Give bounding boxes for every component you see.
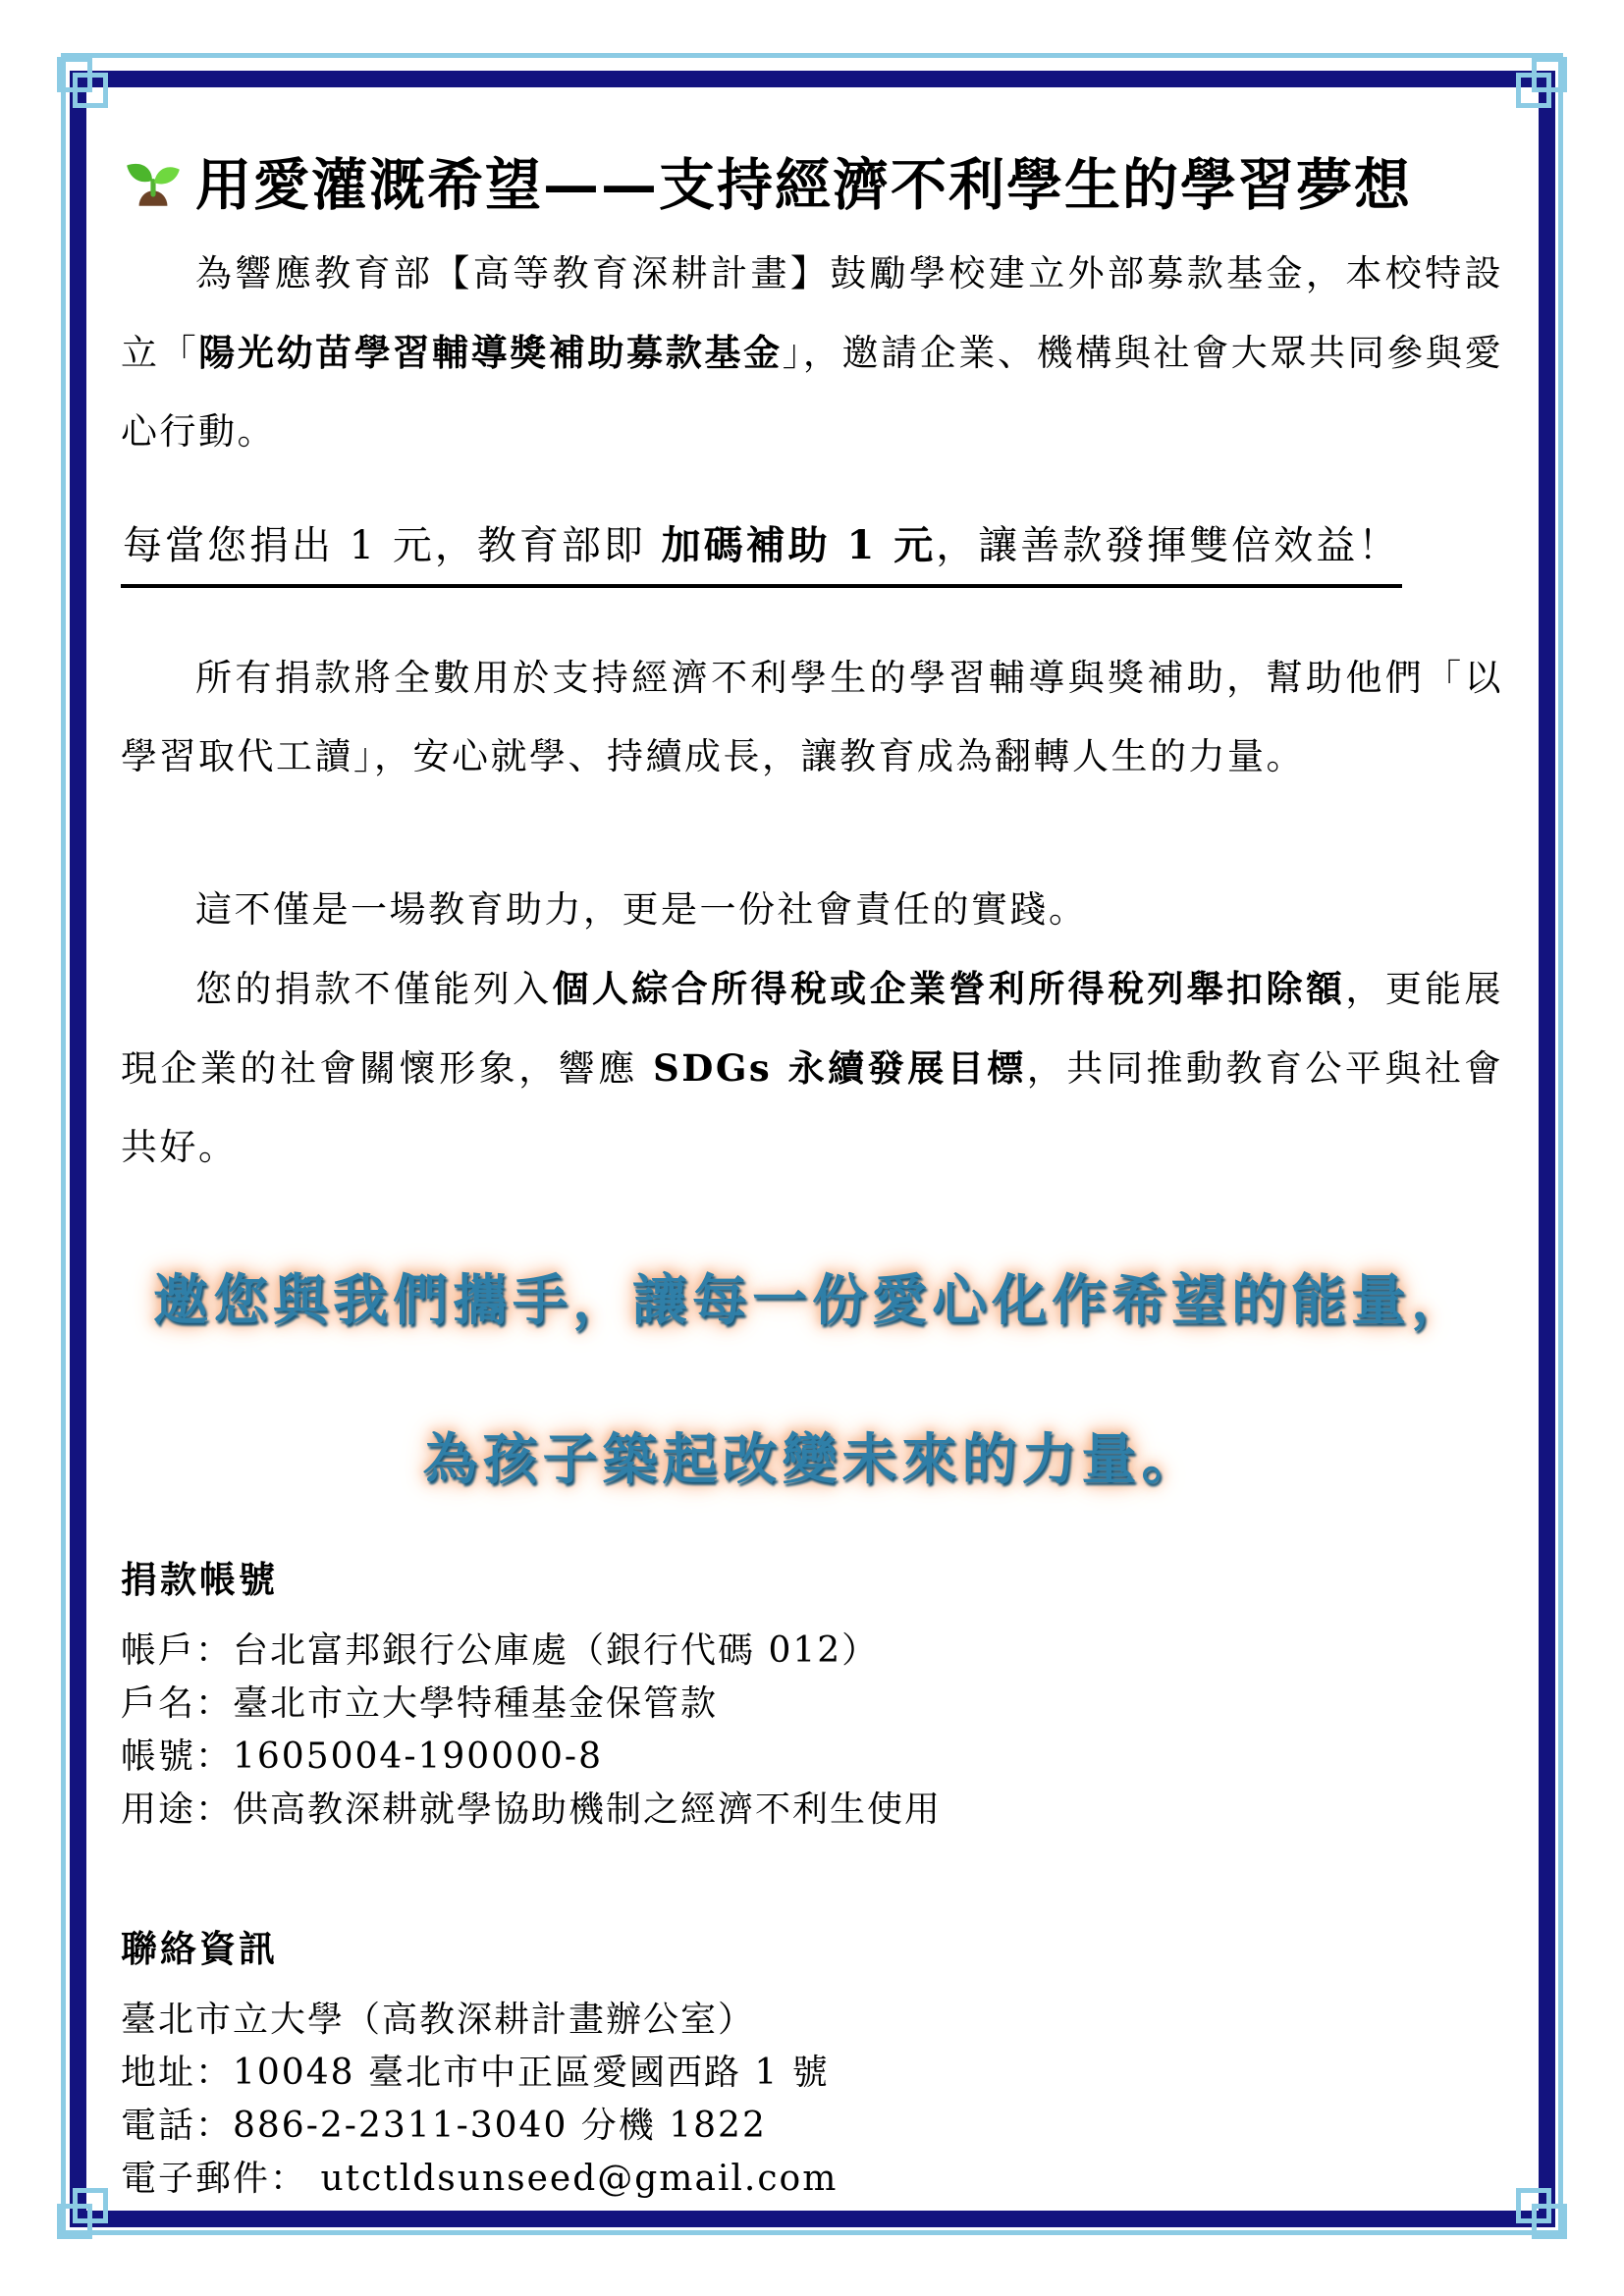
contact-info-block: 臺北市立大學（高教深耕計畫辦公室） 地址：10048 臺北市中正區愛國西路 1 … <box>121 1994 1503 2206</box>
sdgs-bold: SDGs 永續發展目標 <box>653 1046 1027 1090</box>
usage-paragraph: 所有捐款將全數用於支持經濟不利學生的學習輔導與獎補助，幫助他們「以學習取代工讀」… <box>121 639 1503 796</box>
purpose-line: 用途：供高教深耕就學協助機制之經濟不利生使用 <box>121 1784 1503 1837</box>
wordart-line-1: 邀您與我們攜手，讓每一份愛心化作希望的能量， <box>121 1257 1503 1336</box>
email-line: 電子郵件： utctldsunseed@gmail.com <box>121 2153 1503 2206</box>
fund-name-bold: 陽光幼苗學習輔導獎補助募款基金 <box>198 331 782 374</box>
responsibility-paragraph: 這不僅是一場教育助力，更是一份社會責任的實踐。 <box>121 871 1503 949</box>
donation-heading: 捐款帳號 <box>121 1550 1503 1603</box>
donation-account-block: 帳戶：台北富邦銀行公庫處（銀行代碼 012） 戶名：臺北市立大學特種基金保管款 … <box>121 1625 1503 1837</box>
contact-heading: 聯絡資訊 <box>121 1919 1503 1972</box>
phone-line: 電話：886-2-2311-3040 分機 1822 <box>121 2100 1503 2153</box>
intro-paragraph: 為響應教育部【高等教育深耕計畫】鼓勵學校建立外部募款基金，本校特設立「陽光幼苗學… <box>121 235 1503 471</box>
account-name-line: 戶名：臺北市立大學特種基金保管款 <box>121 1678 1503 1731</box>
seedling-icon <box>121 148 186 213</box>
document-body: 用愛灌溉希望——支持經濟不利學生的學習夢想 為響應教育部【高等教育深耕計畫】鼓勵… <box>93 93 1531 2203</box>
title-row: 用愛灌溉希望——支持經濟不利學生的學習夢想 <box>121 140 1503 221</box>
organization-line: 臺北市立大學（高教深耕計畫辦公室） <box>121 1994 1503 2047</box>
matching-pledge-underlined: 每當您捐出 1 元，教育部即 加碼補助 1 元，讓善款發揮雙倍效益！ <box>121 514 1402 588</box>
account-number-line: 帳號：1605004-190000-8 <box>121 1731 1503 1784</box>
tax-benefit-paragraph: 您的捐款不僅能列入個人綜合所得稅或企業營利所得稅列舉扣除額，更能展現企業的社會關… <box>121 949 1503 1187</box>
page-title: 用愛灌溉希望——支持經濟不利學生的學習夢想 <box>195 140 1412 221</box>
tax-deduction-bold: 個人綜合所得稅或企業營利所得稅列舉扣除額 <box>553 967 1346 1010</box>
pledge-text: ，讓善款發揮雙倍效益！ <box>936 523 1400 568</box>
bank-account-line: 帳戶：台北富邦銀行公庫處（銀行代碼 012） <box>121 1625 1503 1678</box>
pledge-bold-text: 加碼補助 1 元 <box>662 522 937 568</box>
wordart-line-2: 為孩子築起改變未來的力量。 <box>121 1416 1503 1495</box>
tax-text: 您的捐款不僅能列入 <box>195 968 553 1010</box>
address-line: 地址：10048 臺北市中正區愛國西路 1 號 <box>121 2047 1503 2100</box>
pledge-text: 每當您捐出 1 元，教育部即 <box>123 523 662 568</box>
usage-text: 所有捐款將全數用於支持經濟不利學生的學習輔導與獎補助，幫助他們「以學習取代工讀」… <box>121 657 1503 777</box>
responsibility-text: 這不僅是一場教育助力，更是一份社會責任的實踐。 <box>195 888 1088 931</box>
matching-pledge-row: 每當您捐出 1 元，教育部即 加碼補助 1 元，讓善款發揮雙倍效益！ <box>121 514 1503 588</box>
